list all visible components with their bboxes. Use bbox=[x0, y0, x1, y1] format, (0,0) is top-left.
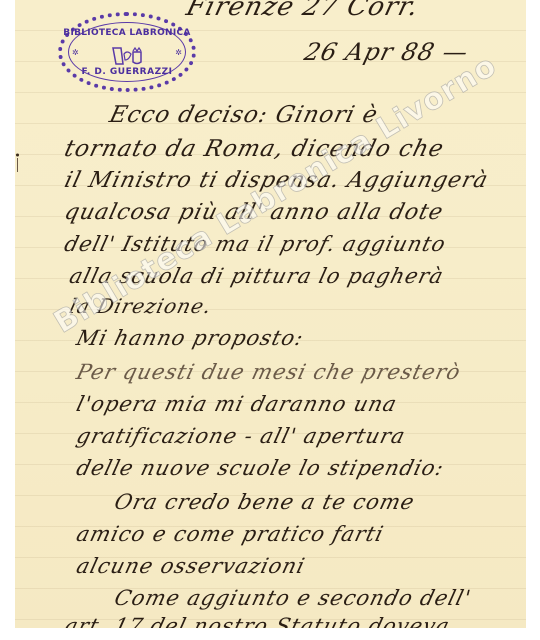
letter-paper: BIBLIOTECA LABRONICA ✲ ✲ F. D. GUERRAZZI… bbox=[15, 0, 526, 628]
stamp-bottom-text: F. D. GUERRAZZI bbox=[62, 67, 192, 77]
header-date-line: 26 Apr 88 — bbox=[302, 38, 472, 66]
library-watermark: Biblioteca Labronica Livorno bbox=[48, 48, 503, 340]
letter-line: dell' Istituto ma il prof. aggiunto bbox=[62, 232, 449, 256]
letter-line: Ora credo bene a te come bbox=[112, 490, 417, 514]
library-stamp: BIBLIOTECA LABRONICA ✲ ✲ F. D. GUERRAZZI bbox=[58, 12, 196, 92]
stamp-emblem-icon bbox=[107, 46, 147, 66]
letter-line: Mi hanno proposto: bbox=[74, 326, 306, 350]
letter-line: delle nuove scuole lo stipendio: bbox=[74, 456, 447, 480]
letter-line: l'opera mia mi daranno una bbox=[74, 392, 400, 416]
stamp-star-icon: ✲ bbox=[72, 48, 79, 57]
header-place-date: Firenze 27 Corr. bbox=[183, 0, 422, 22]
letter-line: alcune osservazioni bbox=[74, 554, 308, 578]
letter-line: Ecco deciso: Ginori è bbox=[107, 102, 381, 128]
letter-line: amico e come pratico farti bbox=[74, 522, 386, 546]
stamp-star-icon: ✲ bbox=[175, 48, 182, 57]
letter-line: Per questi due mesi che presterò bbox=[74, 360, 464, 384]
letter-line: gratificazione - all' apertura bbox=[74, 424, 408, 448]
stamp-top-text: BIBLIOTECA LABRONICA bbox=[62, 28, 192, 38]
margin-mark-icon bbox=[16, 152, 19, 172]
letter-line: Come aggiunto e secondo dell' bbox=[112, 586, 474, 610]
letter-line: art. 17 del nostro Statuto doveva bbox=[62, 614, 453, 628]
